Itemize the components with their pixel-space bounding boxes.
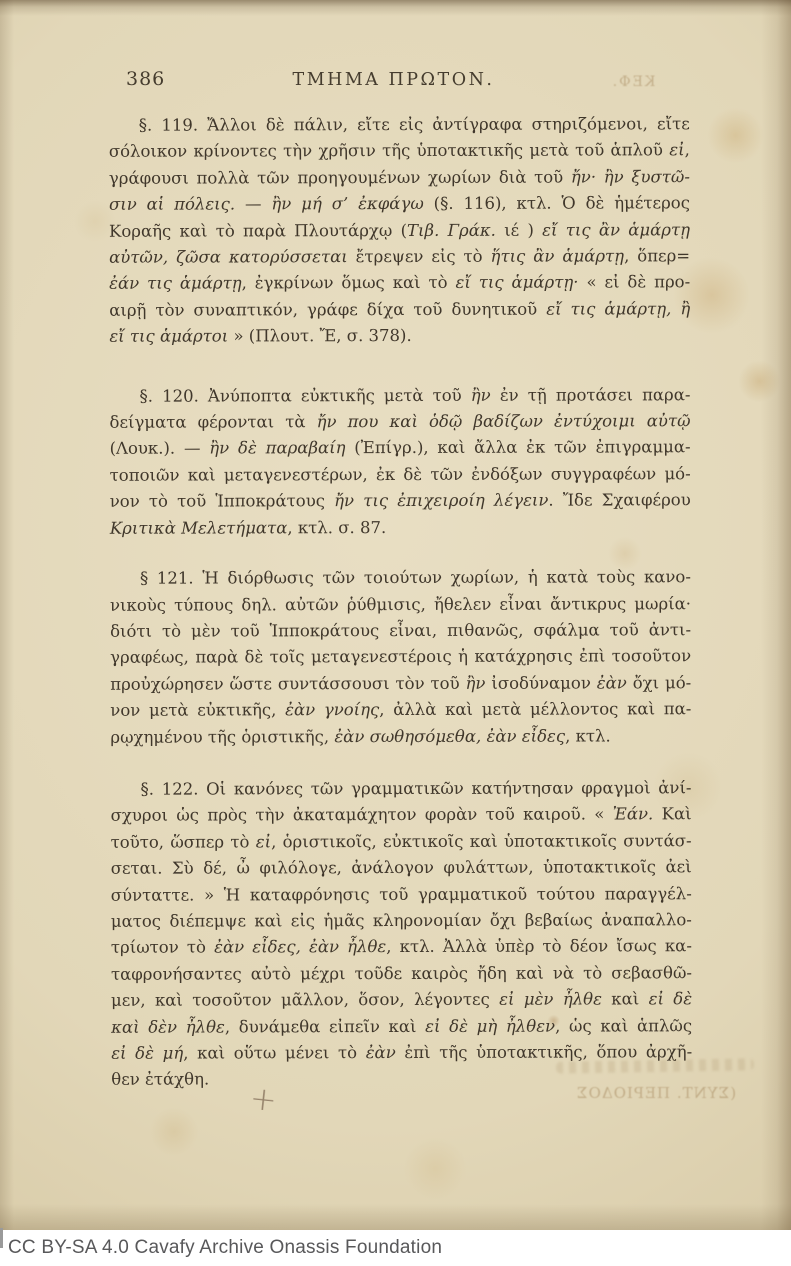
text-line: σχυροι ὡς πρὸς τὴν ἀκαταμάχητον φορὰν το… [111,802,692,830]
text-segment: , [685,141,690,160]
italic-text-segment: ἢν [465,673,485,692]
italic-text-segment: εἴ τις ἂν ἁμάρτῃ [542,220,690,239]
text-line: νον τὸ τοῦ Ἱπποκράτους ἤν τις ἐπιχειροίη… [110,488,691,516]
italic-text-segment: εἰ δὲ μή [111,1044,183,1063]
text-line: §. 119. Ἄλλοι δὲ πάλιν, εἴτε εἰς ἀντίγρα… [109,111,690,139]
text-segment: αιρῇ τὸν συναπτικόν, γράφε δίχα τοῦ δυνη… [109,299,546,319]
text-line: τοποιῶν καὶ μεταγενεστέρων, ἐκ δὲ τῶν ἐν… [110,461,691,489]
italic-text-segment: εἰ δὲ [649,989,693,1008]
text-segment: διότι τὸ μὲν τοῦ Ἱπποκράτους εἶναι, πιθα… [110,620,691,641]
italic-text-segment: Τιβ. Γράκ. [407,220,496,239]
italic-text-segment: Κριτικὰ Μελετήματα [110,518,288,537]
text-segment: τοποιῶν καὶ μεταγενεστέρων, ἐκ δὲ τῶν ἐν… [110,464,691,485]
text-line: σύνταττε. » Ἡ καταφρόνησις τοῦ γραμματικ… [111,881,692,909]
text-segment: σεται. Σὺ δέ, ὦ φιλόλογε, ἀνάλογον φυλάτ… [111,857,692,878]
running-header: 386 ΤΜΗΜΑ ΠΡΩΤΟΝ. [110,68,691,96]
italic-text-segment: εἰ μὲν ἦλθε [499,990,602,1009]
pencil-cross-mark: + [248,1079,279,1120]
text-line: σιν αἱ πόλεις. — ἢν μή σ’ ἐκφάγω (§. 116… [109,190,690,218]
text-segment: « εἰ δὲ προ- [578,273,690,292]
text-segment: , ὁριστικοῖς, εὐκτικοῖς καὶ ὑποτακτικοῖς… [271,831,692,851]
text-segment: θεν ἐτάχθη. [111,1070,209,1089]
paragraph-122: §. 122. Οἱ κανόνες τῶν γραμματικῶν κατήν… [110,775,692,1093]
text-segment: ἐν τῇ προτάσει παρα- [491,385,691,405]
text-segment: (Ἐπίγρ.), καὶ ἄλλα ἐκ τῶν ἐπιγραμμα- [345,438,690,458]
showthrough-smudge [556,1058,754,1073]
text-line: νικοὺς τύπους δηλ. αὐτῶν ῥύθμισις, ἤθελε… [110,591,691,619]
text-line: ρῳχημένου τῆς ὁριστικῆς, ἐὰν σωθησόμεθα,… [110,723,691,751]
text-segment: προὐχώρησεν ὥστε συντάσσουσι τὸν τοῦ [110,674,465,694]
text-segment: , καὶ οὕτω μένει τὸ [183,1043,365,1062]
text-segment: , ἐγκρίνων ὅμως καὶ τὸ [242,273,456,293]
italic-text-segment: Ἐάν. [613,805,654,824]
text-line: μεν, καὶ τοσοῦτον μᾶλλον, ὅσον, λέγοντες… [111,986,692,1014]
text-segment: ἔτρεψεν εἰς τὸ [348,247,491,266]
text-segment: , κτλ. σ. 87. [287,518,386,537]
italic-text-segment: σιν αἱ πόλεις. [109,195,235,214]
italic-text-segment: ἤν· ἢν ξυστῶ- [571,167,690,186]
text-segment: , κτλ. Ἀλλὰ ὑπὲρ τὸ δέον ἴσως κα- [386,937,692,957]
text-line: ἐάν τις ἁμάρτῃ, ἐγκρίνων ὅμως καὶ τὸ εἴ … [109,270,690,298]
text-segment: , ὅπερ= [624,246,690,265]
italic-text-segment: ἐὰν [366,1043,396,1062]
italic-text-segment: ἢν μή σ’ ἐκφάγω [271,194,423,213]
italic-text-segment: ἐάν τις ἁμάρτῃ [109,274,241,293]
scan-edge-artifact [0,1228,3,1248]
text-line: §. 122. Οἱ κανόνες τῶν γραμματικῶν κατήν… [110,775,691,803]
italic-text-segment: καὶ δὲν ἦλθε [111,1017,225,1036]
text-segment: » (Πλουτ. Ἔ, σ. 378). [228,326,412,345]
italic-text-segment: εἰ δὲ μὴ ἦλθεν [425,1016,555,1035]
text-segment: καὶ [602,990,649,1009]
text-line: σεται. Σὺ δέ, ὦ φιλόλογε, ἀνάλογον φυλάτ… [111,854,692,882]
italic-text-segment: αὐτῶν, ζῶσα κατορύσσεται [109,247,348,267]
text-segment: ρῳχημένου τῆς ὁριστικῆς, [110,727,334,747]
text-segment: νικοὺς τύπους δηλ. αὐτῶν ῥύθμισις, ἤθελε… [110,594,691,615]
text-line: Κριτικὰ Μελετήματα, κτλ. σ. 87. [110,514,691,542]
text-segment: § 121. Ἡ διόρθωσις τῶν τοιούτων χωρίων, … [140,567,691,587]
text-block: §. 119. Ἄλλοι δὲ πάλιν, εἴτε εἰς ἀντίγρα… [109,111,693,1093]
text-segment: νον μετὰ εὐκτικῆς, [110,700,285,719]
text-segment: μεν, καὶ τοσοῦτον μᾶλλον, ὅσον, λέγοντες [111,990,499,1010]
text-segment: , δυνάμεθα εἰπεῖν καὶ [225,1017,425,1037]
text-segment: νον τὸ τοῦ Ἱπποκράτους [110,491,334,511]
text-line: τοῦτο, ὥσπερ τὸ εἰ, ὁριστικοῖς, εὐκτικοῖ… [111,828,692,856]
text-line: εἴ τις ἁμάρτοι » (Πλουτ. Ἔ, σ. 378). [109,322,690,350]
text-segment: , κτλ. [565,726,611,745]
italic-text-segment: ἤν που καὶ ὁδῷ βαδίζων ἐντύχοιμι αὐτῷ [317,411,691,431]
text-line: αιρῇ τὸν συναπτικόν, γράφε δίχα τοῦ δυνη… [109,296,690,324]
text-line: προὐχώρησεν ὥστε συντάσσουσι τὸν τοῦ ἢν … [110,670,691,698]
italic-text-segment: εἴ τις ἁμάρτῃ, ἢ [546,299,690,318]
running-title: ΤΜΗΜΑ ΠΡΩΤΟΝ. [110,70,677,90]
text-segment: γραφέως, παρὰ δὲ τοῖς μεταγενεστέροις ἡ … [110,647,691,668]
license-text: CC BY-SA 4.0 Cavafy Archive Onassis Foun… [8,1237,442,1259]
text-segment: τοῦτο, ὥσπερ τὸ [111,832,256,851]
paragraph-120: §. 120. Ἀνύποπτα εὐκτικῆς μετὰ τοῦ ἢν ἐν… [109,382,690,542]
text-line: § 121. Ἡ διόρθωσις τῶν τοιούτων χωρίων, … [110,564,691,592]
text-line: ταφρονήσαντες αὐτὸ μέχρι τοῦδε καιρὸς ἤδ… [111,960,692,988]
text-segment: Κοραῆς καὶ τὸ παρὰ Πλουτάρχῳ ( [109,221,407,241]
text-segment: ὄχι μό- [627,673,692,692]
text-segment: (§. 116), κτλ. Ὁ δὲ ἡμέτερος [424,193,690,213]
italic-text-segment: ἥτις ἂν ἁμάρτῃ [491,246,625,265]
text-line: νον μετὰ εὐκτικῆς, ἐὰν γνοίης, ἀλλὰ καὶ … [110,696,691,724]
text-segment: §. 122. Οἱ κανόνες τῶν γραμματικῶν κατήν… [140,778,691,798]
text-line: σόλοικον κρίνοντες τὴν χρῆσιν τῆς ὑποτακ… [109,138,690,166]
text-segment: . Ἴδε Σχαιφέρου [548,491,690,510]
text-segment: , ὡς καὶ ἁπλῶς [555,1016,692,1035]
book-page-scan: 386 ΤΜΗΜΑ ΠΡΩΤΟΝ. ΚΕΦ. §. 119. Ἄλλοι δὲ … [0,0,791,1266]
text-line: καὶ δὲν ἦλθε, δυνάμεθα εἰπεῖν καὶ εἰ δὲ … [111,1013,692,1041]
italic-text-segment: ἐὰν εἶδες, ἐὰν ἦλθε [214,937,386,956]
text-segment: ιέ ) [496,220,542,239]
italic-text-segment: εἰ [256,832,271,851]
italic-text-segment: εἰ [669,141,684,160]
text-segment: §. 120. Ἀνύποπτα εὐκτικῆς μετὰ τοῦ [139,385,470,405]
italic-text-segment: ἤν τις ἐπιχειροίη λέγειν [334,491,548,511]
text-segment: — [235,195,271,214]
text-segment: τρίωτον τὸ [111,938,214,957]
italic-text-segment: ἐὰν [597,673,627,692]
italic-text-segment: ἐὰν γνοίης [285,700,379,719]
italic-text-segment: εἴ τις ἁμάρτοι [109,327,228,346]
text-line: τρίωτον τὸ ἐὰν εἶδες, ἐὰν ἦλθε, κτλ. Ἀλλ… [111,934,692,962]
italic-text-segment: ἐὰν σωθησόμεθα, ἐὰν εἶδες [334,726,565,746]
text-segment: γράφουσι πολλὰ τῶν προηγουμένων χωρίων δ… [109,167,571,187]
text-line: αὐτῶν, ζῶσα κατορύσσεται ἔτρεψεν εἰς τὸ … [109,243,690,271]
text-line: γραφέως, παρὰ δὲ τοῖς μεταγενεστέροις ἡ … [110,644,691,672]
text-line: δείγματα φέρονται τὰ ἤν που καὶ ὁδῷ βαδί… [109,408,690,436]
text-segment: Καὶ [653,805,691,824]
text-segment: ταφρονήσαντες αὐτὸ μέχρι τοῦδε καιρὸς ἤδ… [111,963,692,984]
text-segment: , ἀλλὰ καὶ μετὰ μέλλοντος καὶ πα- [379,699,691,719]
paragraph-121: § 121. Ἡ διόρθωσις τῶν τοιούτων χωρίων, … [110,564,691,750]
text-segment: (Λουκ.). — [110,439,210,458]
text-segment: σύνταττε. » Ἡ καταφρόνησις τοῦ γραμματικ… [111,884,692,905]
text-line: γράφουσι πολλὰ τῶν προηγουμένων χωρίων δ… [109,164,690,192]
text-segment: ματος διέπεμψε καὶ εἰς ἡμᾶς κληρονομίαν … [111,910,692,931]
license-caption-bar: CC BY-SA 4.0 Cavafy Archive Onassis Foun… [0,1230,791,1266]
text-line: ματος διέπεμψε καὶ εἰς ἡμᾶς κληρονομίαν … [111,907,692,935]
text-line: Κοραῆς καὶ τὸ παρὰ Πλουτάρχῳ (Τιβ. Γράκ.… [109,217,690,245]
text-segment: σχυροι ὡς πρὸς τὴν ἀκαταμάχητον φορὰν το… [111,805,613,825]
text-segment: ἰσοδύναμον [485,673,596,692]
text-segment: ἐπὶ τῆς ὑποτακτικῆς, ὅπου ἀρχῆ- [396,1042,693,1062]
paper-background: 386 ΤΜΗΜΑ ΠΡΩΤΟΝ. ΚΕΦ. §. 119. Ἄλλοι δὲ … [0,0,791,1230]
text-line: (Λουκ.). — ἢν δὲ παραβαίη (Ἐπίγρ.), καὶ … [110,435,691,463]
text-segment: δείγματα φέρονται τὰ [110,412,317,432]
italic-text-segment: ἢν δὲ παραβαίη [209,439,345,458]
italic-text-segment: εἴ τις ἁμάρτῃ· [455,273,578,292]
italic-text-segment: ἢν [471,385,491,404]
text-line: §. 120. Ἀνύποπτα εὐκτικῆς μετὰ τοῦ ἢν ἐν… [109,382,690,410]
text-segment: §. 119. Ἄλλοι δὲ πάλιν, εἴτε εἰς ἀντίγρα… [139,114,690,134]
text-line: διότι τὸ μὲν τοῦ Ἱπποκράτους εἶναι, πιθα… [110,617,691,645]
paragraph-119: §. 119. Ἄλλοι δὲ πάλιν, εἴτε εἰς ἀντίγρα… [109,111,691,350]
text-segment: σόλοικον κρίνοντες τὴν χρῆσιν τῆς ὑποτακ… [109,141,669,161]
